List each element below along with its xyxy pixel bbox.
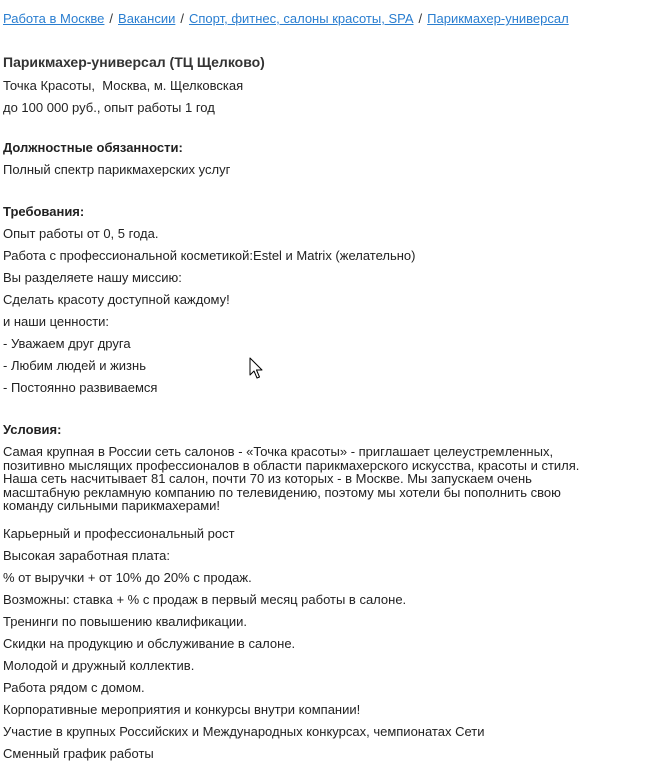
requirement-line: - Уважаем друг друга bbox=[3, 336, 131, 352]
breadcrumb: Работа в Москве/Вакансии/Спорт, фитнес, … bbox=[3, 11, 569, 27]
company-name: Точка Красоты, bbox=[3, 78, 95, 93]
duties-line: Полный спектр парикмахерских услуг bbox=[3, 162, 230, 178]
requirement-line: Сделать красоту доступной каждому! bbox=[3, 292, 230, 308]
requirement-line: Работа с профессиональной косметикой:Est… bbox=[3, 248, 415, 264]
breadcrumb-link-vacancies[interactable]: Вакансии bbox=[118, 11, 175, 26]
requirement-line: - Любим людей и жизнь bbox=[3, 358, 146, 374]
breadcrumb-separator: / bbox=[180, 11, 184, 26]
requirement-line: Опыт работы от 0, 5 года. bbox=[3, 226, 158, 242]
condition-line: Работа рядом с домом. bbox=[3, 680, 145, 696]
condition-line: Тренинги по повышению квалификации. bbox=[3, 614, 247, 630]
duties-heading: Должностные обязанности: bbox=[3, 140, 183, 156]
requirements-heading: Требования: bbox=[3, 204, 84, 220]
condition-line: Карьерный и профессиональный рост bbox=[3, 526, 235, 542]
breadcrumb-separator: / bbox=[109, 11, 113, 26]
requirement-line: и наши ценности: bbox=[3, 314, 109, 330]
condition-line: Участие в крупных Российских и Междунаро… bbox=[3, 724, 484, 740]
location: Москва, м. Щелковская bbox=[102, 78, 243, 93]
condition-line: Молодой и дружный коллектив. bbox=[3, 658, 194, 674]
vacancy-title: Парикмахер-универсал (ТЦ Щелково) bbox=[3, 54, 265, 71]
breadcrumb-link-moscow-jobs[interactable]: Работа в Москве bbox=[3, 11, 104, 26]
condition-line: Корпоративные мероприятия и конкурсы вну… bbox=[3, 702, 360, 718]
conditions-heading: Условия: bbox=[3, 422, 61, 438]
requirement-line: Вы разделяете нашу миссию: bbox=[3, 270, 182, 286]
requirement-line: - Постоянно развиваемся bbox=[3, 380, 157, 396]
breadcrumb-link-category[interactable]: Спорт, фитнес, салоны красоты, SPA bbox=[189, 11, 414, 26]
condition-line: Сменный график работы bbox=[3, 746, 154, 762]
breadcrumb-separator: / bbox=[419, 11, 423, 26]
salary-experience: до 100 000 руб., опыт работы 1 год bbox=[3, 100, 215, 116]
condition-line: Высокая заработная плата: bbox=[3, 548, 170, 564]
mouse-pointer-icon bbox=[249, 357, 263, 379]
conditions-intro: Самая крупная в России сеть салонов - «Т… bbox=[3, 445, 603, 513]
condition-line: Возможны: ставка + % с продаж в первый м… bbox=[3, 592, 406, 608]
condition-line: Скидки на продукцию и обслуживание в сал… bbox=[3, 636, 295, 652]
breadcrumb-link-position[interactable]: Парикмахер-универсал bbox=[427, 11, 569, 26]
condition-line: % от выручки + от 10% до 20% с продаж. bbox=[3, 570, 252, 586]
company-location: Точка Красоты, Москва, м. Щелковская bbox=[3, 78, 243, 94]
